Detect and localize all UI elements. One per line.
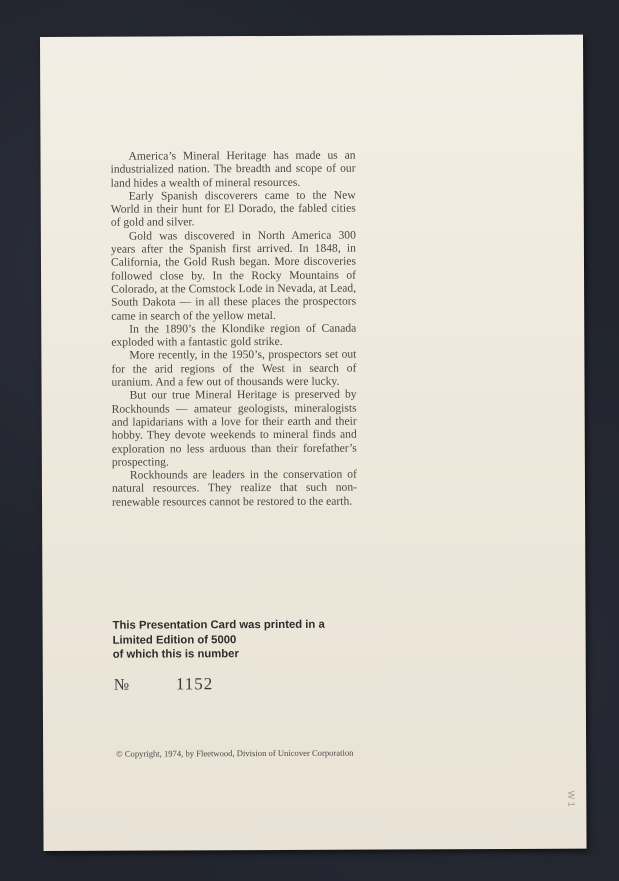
copyright-notice: © Copyright, 1974, by Fleetwood, Divisio… bbox=[116, 748, 353, 759]
paragraph-rockhounds: But our true Mineral Heritage is preserv… bbox=[112, 388, 357, 469]
edition-line: Limited Edition of 5000 bbox=[113, 632, 373, 648]
limited-edition-notice: This Presentation Card was printed in a … bbox=[113, 618, 373, 663]
serial-number-value: 1152 bbox=[176, 674, 213, 693]
paragraph-spanish: Early Spanish discoverers came to the Ne… bbox=[111, 189, 356, 230]
pencil-mark: W 1 bbox=[565, 791, 577, 807]
paragraph-uranium: More recently, in the 1950’s, prospector… bbox=[111, 348, 356, 389]
paragraph-gold-rush: Gold was discovered in North America 300… bbox=[111, 228, 356, 322]
paragraph-klondike: In the 1890’s the Klondike region of Can… bbox=[111, 321, 356, 349]
paragraph-intro: America’s Mineral Heritage has made us a… bbox=[110, 149, 355, 190]
serial-number: № 1152 bbox=[114, 674, 213, 694]
paragraph-conservation: Rockhounds are leaders in the conservati… bbox=[112, 468, 357, 509]
numero-sign: № bbox=[114, 676, 172, 694]
presentation-card: America’s Mineral Heritage has made us a… bbox=[40, 35, 587, 851]
edition-line: This Presentation Card was printed in a bbox=[113, 618, 373, 634]
heritage-text: America’s Mineral Heritage has made us a… bbox=[110, 149, 357, 509]
edition-line: of which this is number bbox=[113, 647, 373, 663]
